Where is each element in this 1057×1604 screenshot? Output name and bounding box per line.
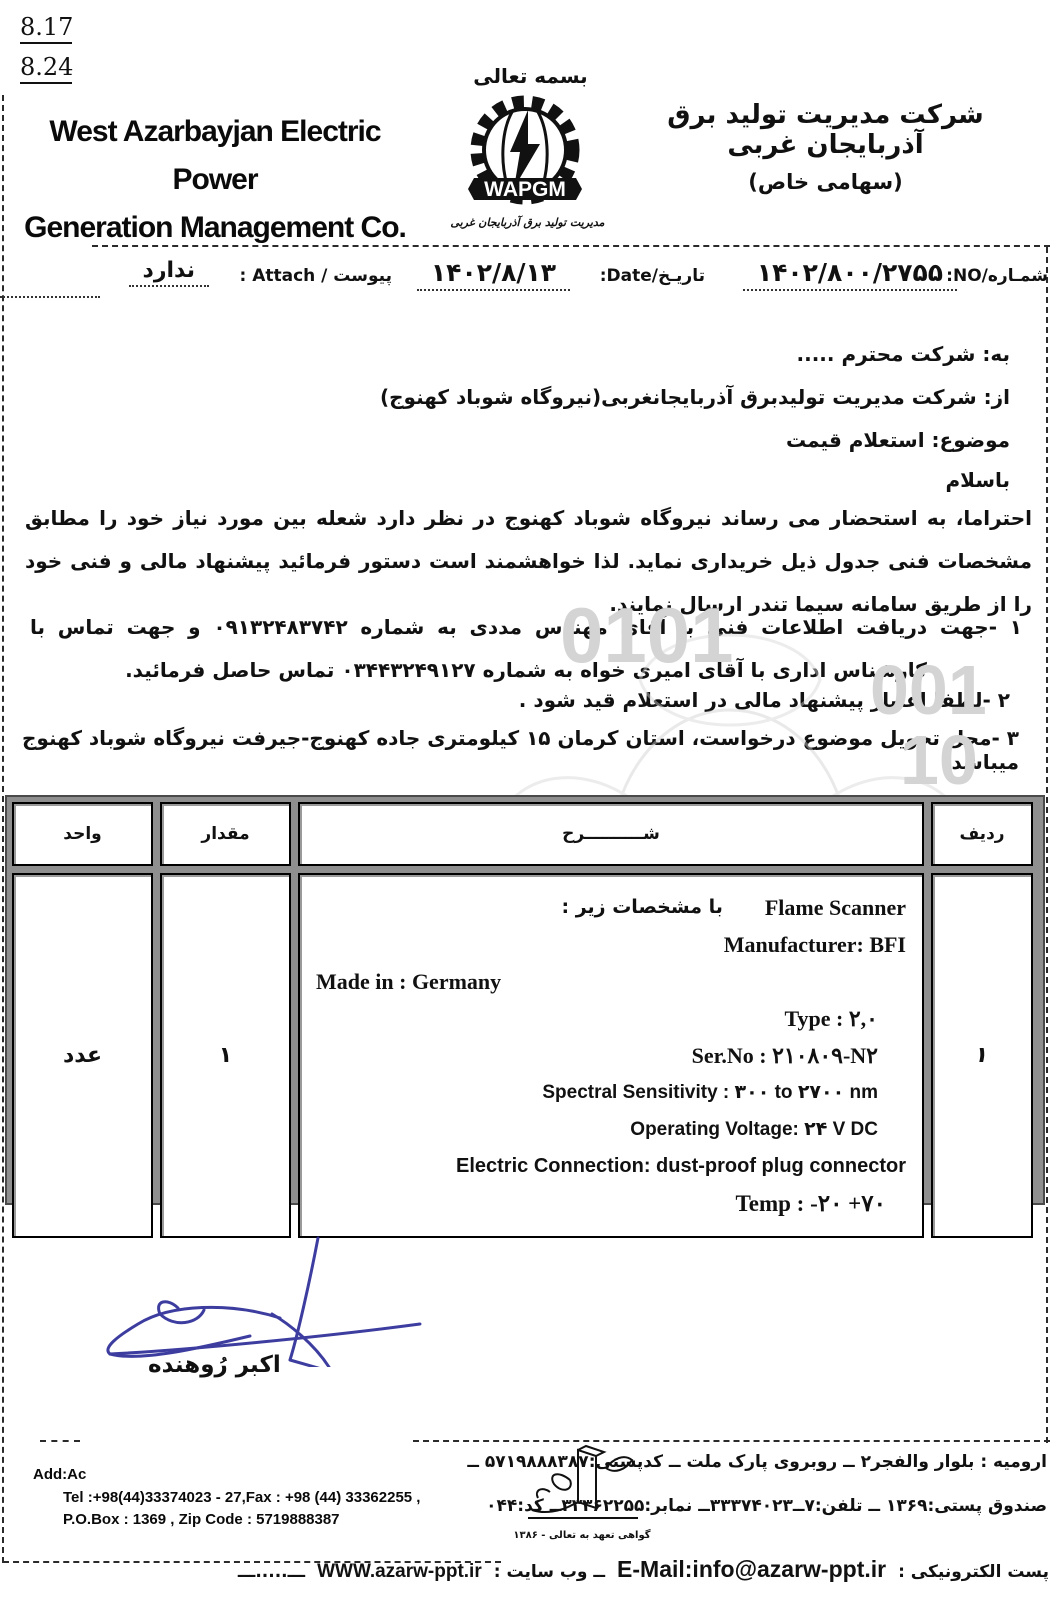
desc-item-name: Flame Scanner [765, 889, 906, 926]
letter-from-line: از: شرکت مدیریت تولیدبرق آذربایجانغربی(ن… [50, 385, 1010, 409]
company-name-english: West Azarbayjan Electric Power Generatio… [10, 108, 420, 252]
desc-intro-farsi: با مشخصات زیر : [562, 889, 723, 926]
bismillah-text: بسمه تعالی [468, 64, 593, 88]
table-cell-qty: ۱ [160, 873, 291, 1238]
letter-item-3: ۳ -محل تحویل موضوع درخواست، استان کرمان … [0, 726, 1019, 774]
scanned-letter-page: 8.17 8.24 West Azarbayjan Electric Power… [0, 0, 1057, 1604]
desc-spectral-sensitivity: Spectral Sensitivity : ۳۰۰ to ۲۷۰۰ nm [316, 1074, 906, 1111]
footer-contact-line: پست الکترونیکی : E-Mail:info@azarw-ppt.i… [238, 1556, 1049, 1583]
company-name-farsi: شرکت مدیریت تولید برق آذربایجان غربی [608, 100, 1043, 160]
desc-temp-range: Temp : -۲۰ +۷۰ [316, 1185, 906, 1222]
table-header-desc: شــــــــــرح [298, 802, 924, 866]
email-label: پست الکترونیکی : [898, 1562, 1049, 1582]
desc-serial-no: Ser.No : ۲۱۰۸۰۹-N۲ [316, 1037, 906, 1074]
ref-no-label: شمـاره/NO: [946, 266, 1048, 286]
table-cell-row-no: ۱ [931, 873, 1033, 1238]
footer-pobox-en: P.O.Box : 1369 , Zip Code : 5719888387 [63, 1511, 340, 1528]
letter-to-line: به: شرکت محترم ..... [50, 342, 1010, 366]
table-header-unit: واحد [12, 802, 153, 866]
footer-tel-en: Tel :+98(44)33374023 - 27,Fax : +98 (44)… [63, 1489, 420, 1506]
desc-operating-voltage: Operating Voltage: ۲۴ V DC [316, 1111, 906, 1148]
desc-type: Type : ۲,۰ [316, 1000, 906, 1037]
page-mark-top: 8.17 [20, 12, 72, 44]
desc-intro-line: Flame Scanner با مشخصات زیر : [316, 889, 906, 926]
company-name-en-line2: Generation Management Co. [10, 204, 420, 252]
footer-tel-fa: صندوق پستی:۱۳۶۹ ــ تلفن:۷ــ۳۳۳۷۴۰۲۳ــ نم… [407, 1496, 1047, 1516]
desc-manufacturer: Manufacturer: BFI [316, 926, 906, 963]
left-frame-line [2, 95, 4, 1563]
desc-electric-connection: Electric Connection: dust-proof plug con… [316, 1148, 906, 1185]
stamp-caption: گواهی تعهد به تعالی - ۱۳۸۶ [512, 1530, 652, 1541]
letter-subject-line: موضوع: استعلام قیمت [50, 428, 1010, 452]
letter-salutation: باسلام [50, 468, 1010, 492]
logo-acronym-text: WAPGM [484, 178, 566, 201]
attach-value: ندارد [129, 258, 209, 287]
date-label: تاریـخ/Date: [600, 266, 705, 286]
date-value: ۱۴۰۲/۸/۱۳ [417, 258, 570, 291]
attach-label: پیوست / Attach : [239, 266, 392, 286]
footer-address-en: Add:Ac [33, 1466, 86, 1483]
right-frame-line [1046, 247, 1048, 1443]
ref-no-value: ۱۴۰۲/۸۰۰/۲۷۵۵ [743, 258, 957, 291]
signatory-name: اکبر رُوهنده [148, 1352, 281, 1378]
footer-separator-fragment [40, 1440, 80, 1442]
table-header-row: ردیف [931, 802, 1033, 866]
email-value: E-Mail:info@azarw-ppt.ir [617, 1556, 886, 1583]
website-value: WWW.azarw-ppt.ir [317, 1561, 482, 1583]
desc-made-in: Made in : Germany [316, 963, 906, 1000]
row-number-value: ۱ [973, 1043, 992, 1068]
logo-caption: مدیریت تولید برق آذربایجان غربی [445, 216, 610, 229]
letter-item-1: ۱ -جهت دریافت اطلاعات فنی با آقای مهندس … [30, 606, 1022, 692]
website-label: ــ وب سایت : [494, 1562, 605, 1582]
footer-address-fa: ارومیه : بلوار والفجر۲ ــ روبروی پارک مل… [407, 1452, 1047, 1472]
letter-item-2: ۲ -لطفا اعتبار پیشنهاد مالی در استعلام ق… [519, 688, 1010, 712]
company-name-en-line1: West Azarbayjan Electric Power [10, 108, 420, 204]
company-type-farsi: (سهامی خاص) [608, 170, 1043, 194]
signature-ink [80, 1232, 430, 1367]
footer-separator-line [413, 1440, 1050, 1442]
wapgm-logo-icon: WAPGM [460, 90, 590, 220]
spec-table: واحد مقدار شــــــــــرح ردیف عدد ۱ Flam… [5, 795, 1045, 1205]
table-cell-description: Flame Scanner با مشخصات زیر : Manufactur… [298, 873, 924, 1238]
page-mark-bottom: 8.24 [20, 52, 72, 84]
trailing-dashes: ـــ.....ـــ [238, 1562, 305, 1582]
table-header-qty: مقدار [160, 802, 291, 866]
attach-dotted-line [0, 296, 100, 298]
table-cell-unit: عدد [12, 873, 153, 1238]
